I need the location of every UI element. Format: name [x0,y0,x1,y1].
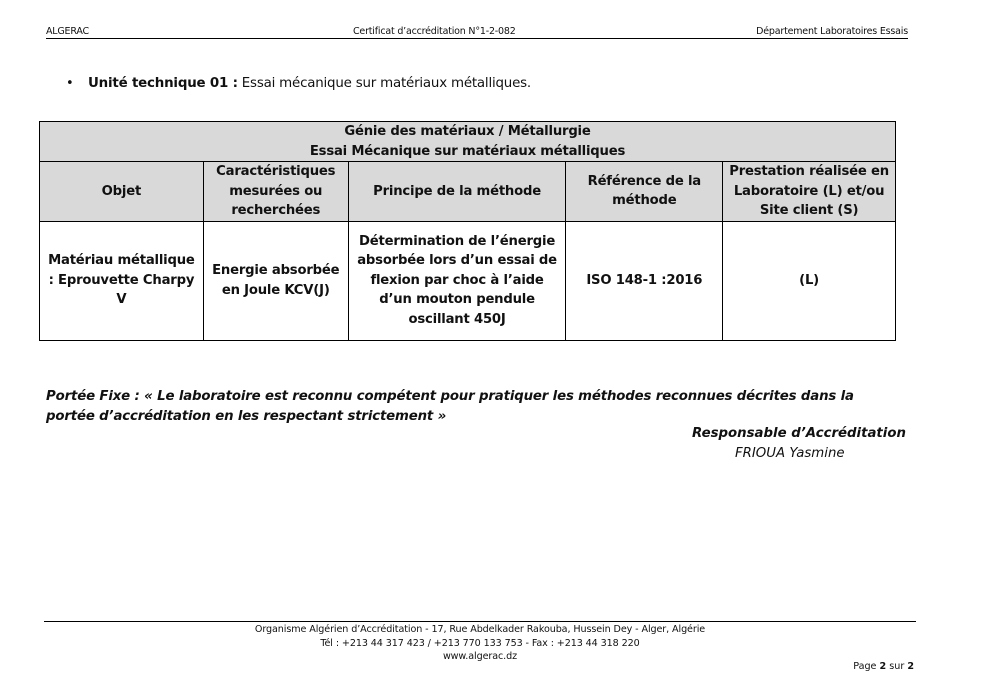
column-header-objet: Objet [40,162,204,222]
table-row: Matériau métallique : Eprouvette Charpy … [40,221,896,340]
bullet-icon: • [66,76,88,91]
header-department: Département Laboratoires Essais [756,26,908,37]
cell-reference: ISO 148-1 :2016 [566,221,723,340]
cell-prestation: (L) [723,221,896,340]
footer-address: Organisme Algérien d’Accréditation - 17,… [200,623,760,637]
unit-label: Unité technique 01 : [88,76,238,91]
footer-website: www.algerac.dz [200,650,760,664]
table-title-line1: Génie des matériaux / Métallurgie [44,122,891,142]
footer-divider [44,621,916,622]
header-org: ALGERAC [46,26,89,37]
signatory-name: FRIOUA Yasmine [735,446,845,461]
page-footer: Organisme Algérien d’Accréditation - 17,… [200,623,760,664]
cell-caracteristiques: Energie absorbée en Joule KCV(J) [203,221,348,340]
technical-unit-heading: •Unité technique 01 : Essai mécanique su… [66,76,531,91]
table-title-row: Génie des matériaux / Métallurgie Essai … [40,122,896,162]
signatory-role: Responsable d’Accréditation [692,426,906,441]
column-header-principe: Principe de la méthode [348,162,566,222]
header-certificate-number: Certificat d’accréditation N°1-2-082 [353,26,516,37]
table-header-row: Objet Caractéristiques mesurées ou reche… [40,162,896,222]
accreditation-table: Génie des matériaux / Métallurgie Essai … [39,121,896,341]
column-header-prestation: Prestation réalisée en Laboratoire (L) e… [723,162,896,222]
footer-contact: Tél : +213 44 317 423 / +213 770 133 753… [200,637,760,651]
table-title: Génie des matériaux / Métallurgie Essai … [40,122,896,162]
column-header-reference: Référence de la méthode [566,162,723,222]
page-prefix: Page [853,661,879,672]
unit-description: Essai mécanique sur matériaux métallique… [238,76,531,91]
column-header-caracteristiques: Caractéristiques mesurées ou recherchées [203,162,348,222]
page-total: 2 [907,661,914,672]
page-header: ALGERAC Certificat d’accréditation N°1-2… [46,26,908,39]
cell-objet: Matériau métallique : Eprouvette Charpy … [40,221,204,340]
table-title-line2: Essai Mécanique sur matériaux métallique… [44,142,891,162]
cell-principe: Détermination de l’énergie absorbée lors… [348,221,566,340]
page-number: Page 2 sur 2 [853,661,914,672]
page-separator: sur [886,661,907,672]
scope-statement: Portée Fixe : « Le laboratoire est recon… [46,387,876,426]
